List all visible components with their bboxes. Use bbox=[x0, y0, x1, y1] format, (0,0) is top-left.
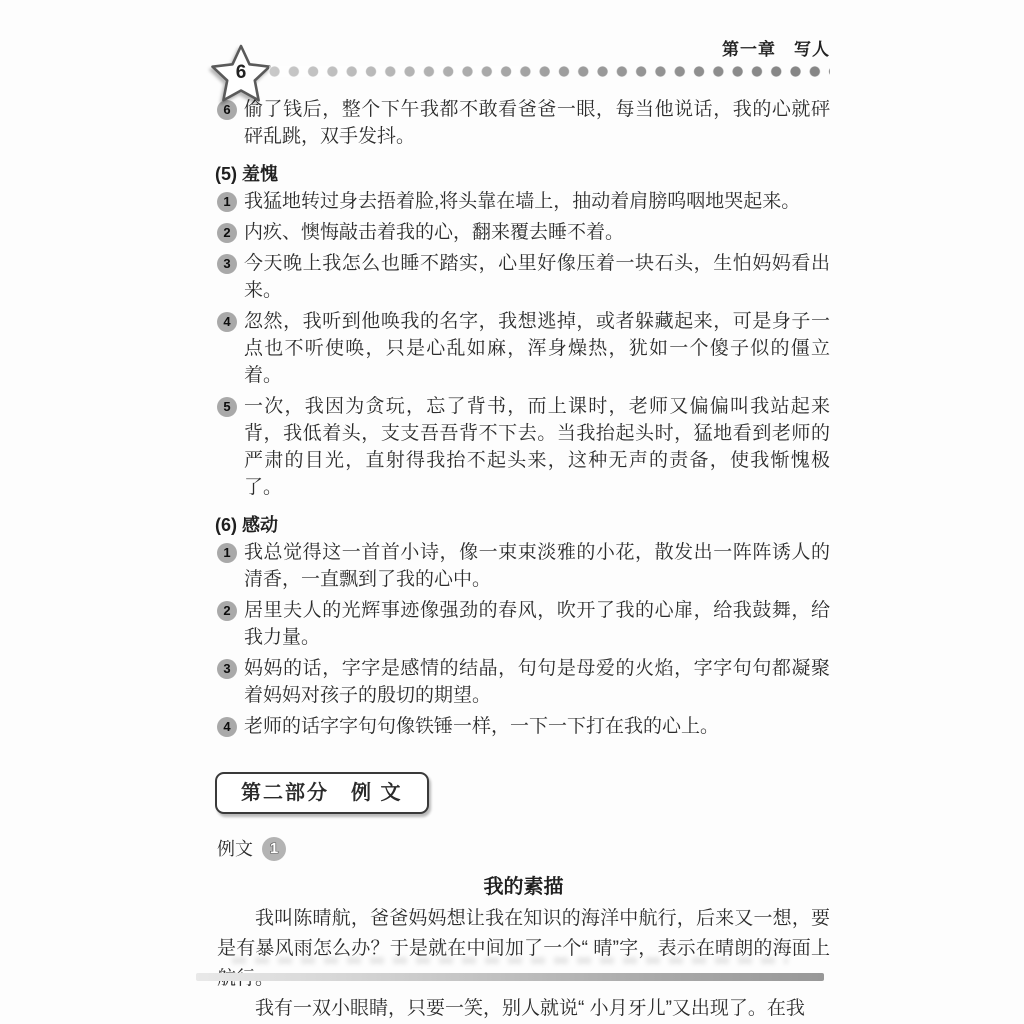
dotted-divider bbox=[269, 66, 830, 77]
item-text: 我总觉得这一首首小诗，像一束束淡雅的小花，散发出一阵阵诱人的清香，一直飘到了我的… bbox=[244, 539, 830, 593]
list-item: 3 妈妈的话，字字是感情的结晶，句句是母爱的火焰，字字句句都凝聚着妈妈对孩子的殷… bbox=[217, 655, 830, 709]
list-item: 6 偷了钱后，整个下午我都不敢看爸爸一眼，每当他说话，我的心就砰砰乱跳，双手发抖… bbox=[217, 96, 830, 150]
item-text: 一次，我因为贪玩，忘了背书，而上课时，老师又偏偏叫我站起来背，我低着头，支支吾吾… bbox=[244, 393, 830, 501]
list-item: 2 内疚、懊悔敲击着我的心，翻来覆去睡不着。 bbox=[217, 219, 830, 246]
page-content: 6 第一章 写人 6 偷了钱后，整个下午我都不敢看爸爸一眼，每当他说话，我的心就… bbox=[217, 40, 830, 1024]
list-item: 5 一次，我因为贪玩，忘了背书，而上课时，老师又偏偏叫我站起来背，我低着头，支支… bbox=[217, 393, 830, 501]
group-label: (6) 感动 bbox=[215, 513, 830, 537]
item-number-badge: 2 bbox=[217, 601, 237, 621]
item-text: 居里夫人的光辉事迹像强劲的春风，吹开了我的心扉，给我鼓舞，给我力量。 bbox=[244, 597, 830, 651]
part2-section-box: 第二部分 例 文 bbox=[215, 772, 429, 814]
item-text: 内疚、懊悔敲击着我的心，翻来覆去睡不着。 bbox=[244, 219, 830, 246]
group-moved: (6) 感动 1 我总觉得这一首首小诗，像一束束淡雅的小花，散发出一阵阵诱人的清… bbox=[217, 513, 830, 740]
item-number-badge: 2 bbox=[217, 223, 237, 243]
list-item: 4 忽然，我听到他唤我的名字，我想逃掉，或者躲藏起来，可是身子一点也不听使唤，只… bbox=[217, 308, 830, 389]
item-text: 今天晚上我怎么也睡不踏实，心里好像压着一块石头，生怕妈妈看出来。 bbox=[244, 250, 830, 304]
page-bleed-through bbox=[232, 957, 788, 964]
list-item: 1 我总觉得这一首首小诗，像一束束淡雅的小花，散发出一阵阵诱人的清香，一直飘到了… bbox=[217, 539, 830, 593]
essay-title: 我的素描 bbox=[217, 874, 830, 900]
page-edge-shadow bbox=[196, 973, 824, 981]
page-number-star-icon: 6 bbox=[205, 38, 277, 110]
item-number-badge: 1 bbox=[217, 543, 237, 563]
item-text: 老师的话字字句句像铁锤一样，一下一下打在我的心上。 bbox=[244, 713, 830, 740]
group-shame: (5) 羞愧 1 我猛地转过身去捂着脸,将头靠在墙上，抽动着肩膀呜咽地哭起来。 … bbox=[217, 162, 830, 501]
list-item: 1 我猛地转过身去捂着脸,将头靠在墙上，抽动着肩膀呜咽地哭起来。 bbox=[217, 188, 830, 215]
chapter-title: 第一章 写人 bbox=[217, 40, 830, 60]
list-item: 4 老师的话字字句句像铁锤一样，一下一下打在我的心上。 bbox=[217, 713, 830, 740]
item-text: 我猛地转过身去捂着脸,将头靠在墙上，抽动着肩膀呜咽地哭起来。 bbox=[244, 188, 830, 215]
group-label: (5) 羞愧 bbox=[215, 162, 830, 186]
essay: 我的素描 我叫陈晴航，爸爸妈妈想让我在知识的海洋中航行，后来又一想，要是有暴风雨… bbox=[217, 874, 830, 1024]
example-heading: 例文 1 bbox=[217, 836, 830, 862]
page-number: 6 bbox=[236, 62, 247, 83]
page-header: 6 第一章 写人 bbox=[217, 40, 830, 77]
item-number-badge: 3 bbox=[217, 254, 237, 274]
item-number-badge: 4 bbox=[217, 717, 237, 737]
list-item: 2 居里夫人的光辉事迹像强劲的春风，吹开了我的心扉，给我鼓舞，给我力量。 bbox=[217, 597, 830, 651]
item-text: 偷了钱后，整个下午我都不敢看爸爸一眼，每当他说话，我的心就砰砰乱跳，双手发抖。 bbox=[244, 96, 830, 150]
item-number-badge: 5 bbox=[217, 397, 237, 417]
book-page: 6 第一章 写人 6 偷了钱后，整个下午我都不敢看爸爸一眼，每当他说话，我的心就… bbox=[0, 0, 1024, 1024]
list-item: 3 今天晚上我怎么也睡不踏实，心里好像压着一块石头，生怕妈妈看出来。 bbox=[217, 250, 830, 304]
example-label: 例文 bbox=[217, 836, 253, 862]
item-text: 忽然，我听到他唤我的名字，我想逃掉，或者躲藏起来，可是身子一点也不听使唤，只是心… bbox=[244, 308, 830, 389]
essay-paragraph: 我有一双小眼睛，只要一笑，别人就说“ 小月牙儿”又出现了。在我 bbox=[217, 994, 830, 1024]
item-number-badge: 4 bbox=[217, 312, 237, 332]
example-number-badge: 1 bbox=[262, 837, 286, 861]
item-number-badge: 3 bbox=[217, 659, 237, 679]
item-text: 妈妈的话，字字是感情的结晶，句句是母爱的火焰，字字句句都凝聚着妈妈对孩子的殷切的… bbox=[244, 655, 830, 709]
item-number-badge: 1 bbox=[217, 192, 237, 212]
